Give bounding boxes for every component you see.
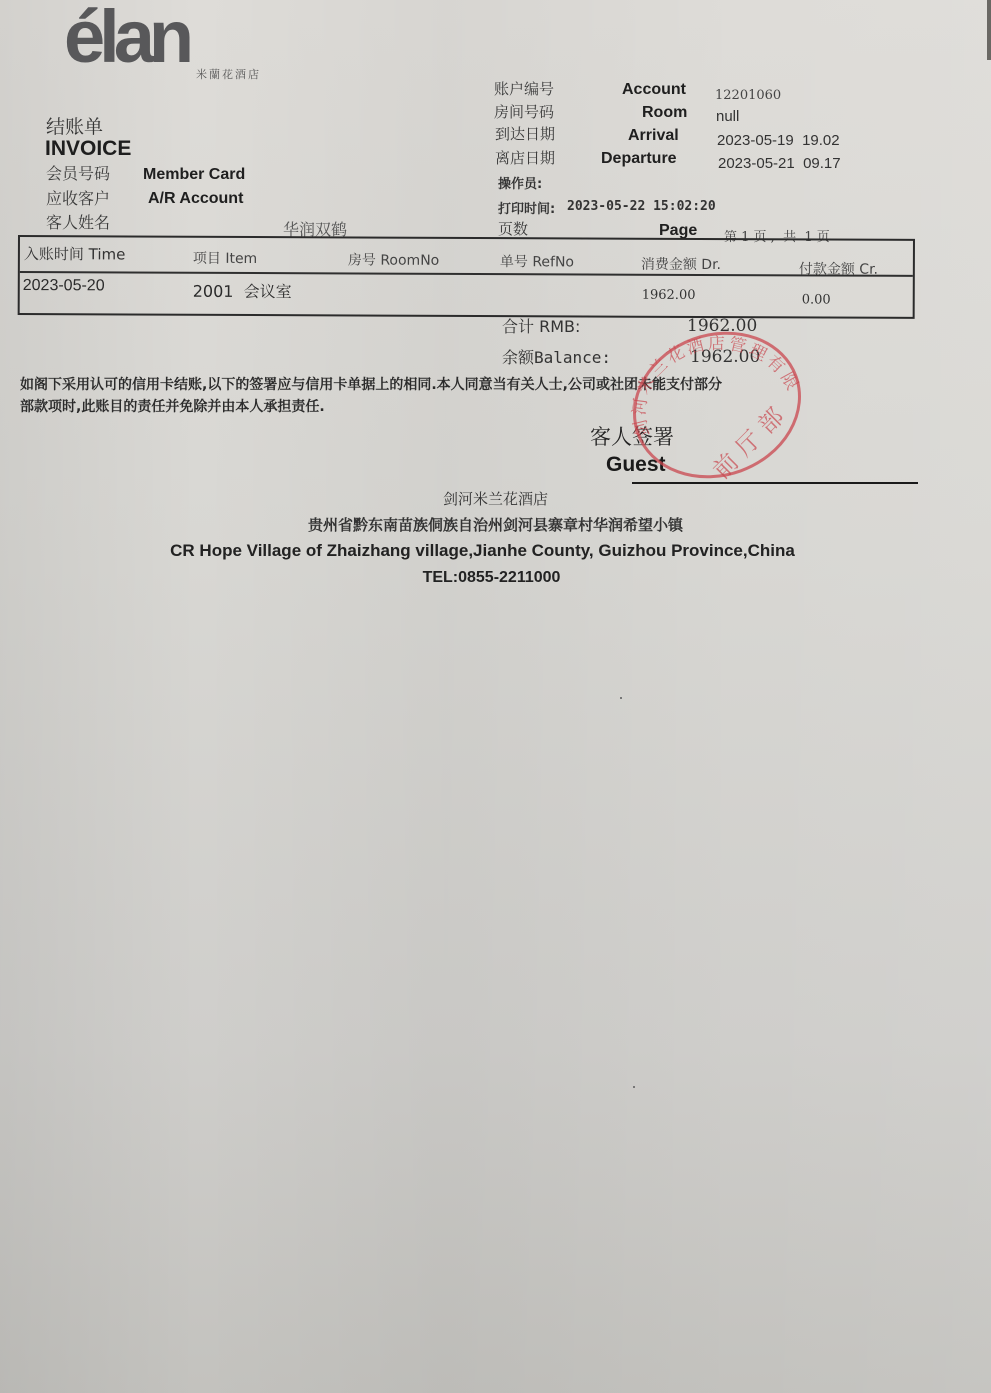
hotel-logo-subtitle: 米蘭花酒店 <box>196 66 261 82</box>
departure-value: 2023-05-21 09.17 <box>718 155 841 172</box>
operator-label: 操作员: <box>498 173 542 192</box>
row-time: 2023-05-20 <box>23 277 105 295</box>
notice-line-1: 如阁下采用认可的信用卡结账,以下的签署应与信用卡单据上的相同.本人同意当有关人士… <box>20 374 722 394</box>
arrival-label-cn: 到达日期 <box>495 123 555 144</box>
table-row: 2023-05-20 2001 会议室 1962.00 0.00 <box>20 237 913 241</box>
signature-line <box>632 482 918 484</box>
paper-speck <box>633 1086 635 1088</box>
paper-speck <box>620 697 622 699</box>
balance-label: 余额Balance: <box>502 345 611 368</box>
hotel-logo: élan <box>64 0 188 74</box>
ar-account-label-cn: 应收客户 <box>46 186 110 209</box>
invoice-title-cn: 结账单 <box>46 112 103 139</box>
guest-name-label: 客人姓名 <box>46 210 110 233</box>
footer-tel: TEL:0855-2211000 <box>0 569 987 587</box>
room-value: null <box>716 108 739 125</box>
front-office-stamp: 剑河米兰花酒店管理有限公司 前厅部 <box>628 330 806 480</box>
member-card-label-en: Member Card <box>143 166 245 184</box>
column-header-time: 入账时间 Time <box>24 243 126 264</box>
departure-label-cn: 离店日期 <box>495 147 555 168</box>
room-label-cn: 房间号码 <box>494 101 554 122</box>
print-time-value: 2023-05-22 15:02:20 <box>567 199 716 214</box>
page-label-cn: 页数 <box>498 218 528 239</box>
arrival-value: 2023-05-19 19.02 <box>717 132 840 149</box>
footer-address-en: CR Hope Village of Zhaizhang village,Jia… <box>0 541 978 561</box>
ar-account-label-en: A/R Account <box>148 190 243 208</box>
column-header-debit: 消费金额 Dr. <box>641 254 721 274</box>
account-label-cn: 账户编号 <box>494 78 554 99</box>
table-header-divider <box>20 271 913 277</box>
column-header-room-no: 房号 RoomNo <box>348 249 439 269</box>
departure-label-en: Departure <box>601 150 677 168</box>
column-header-ref-no: 单号 RefNo <box>500 251 574 271</box>
paper-edge-shadow <box>987 0 991 60</box>
row-credit: 0.00 <box>802 292 831 307</box>
invoice-title-en: INVOICE <box>45 137 131 161</box>
column-header-item: 项目 Item <box>193 248 257 268</box>
account-label-en: Account <box>622 81 686 99</box>
room-label-en: Room <box>642 104 687 122</box>
account-value: 12201060 <box>715 88 781 103</box>
total-label: 合计 RMB: <box>502 314 580 337</box>
member-card-label-cn: 会员号码 <box>46 161 110 184</box>
notice-line-2: 部款项时,此账目的责任并免除并由本人承担责任. <box>20 396 325 416</box>
print-time-label: 打印时间: <box>498 198 555 217</box>
charges-table: 入账时间 Time 项目 Item 房号 RoomNo 单号 RefNo 消费金… <box>18 235 915 319</box>
row-item: 2001 会议室 <box>193 279 292 302</box>
row-debit: 1962.00 <box>642 288 696 303</box>
arrival-label-en: Arrival <box>628 127 679 145</box>
footer-address-cn: 贵州省黔东南苗族侗族自治州剑河县寨章村华润希望小镇 <box>0 514 991 535</box>
footer-hotel-name: 剑河米兰花酒店 <box>0 488 991 509</box>
column-header-credit: 付款金额 Cr. <box>799 258 878 278</box>
